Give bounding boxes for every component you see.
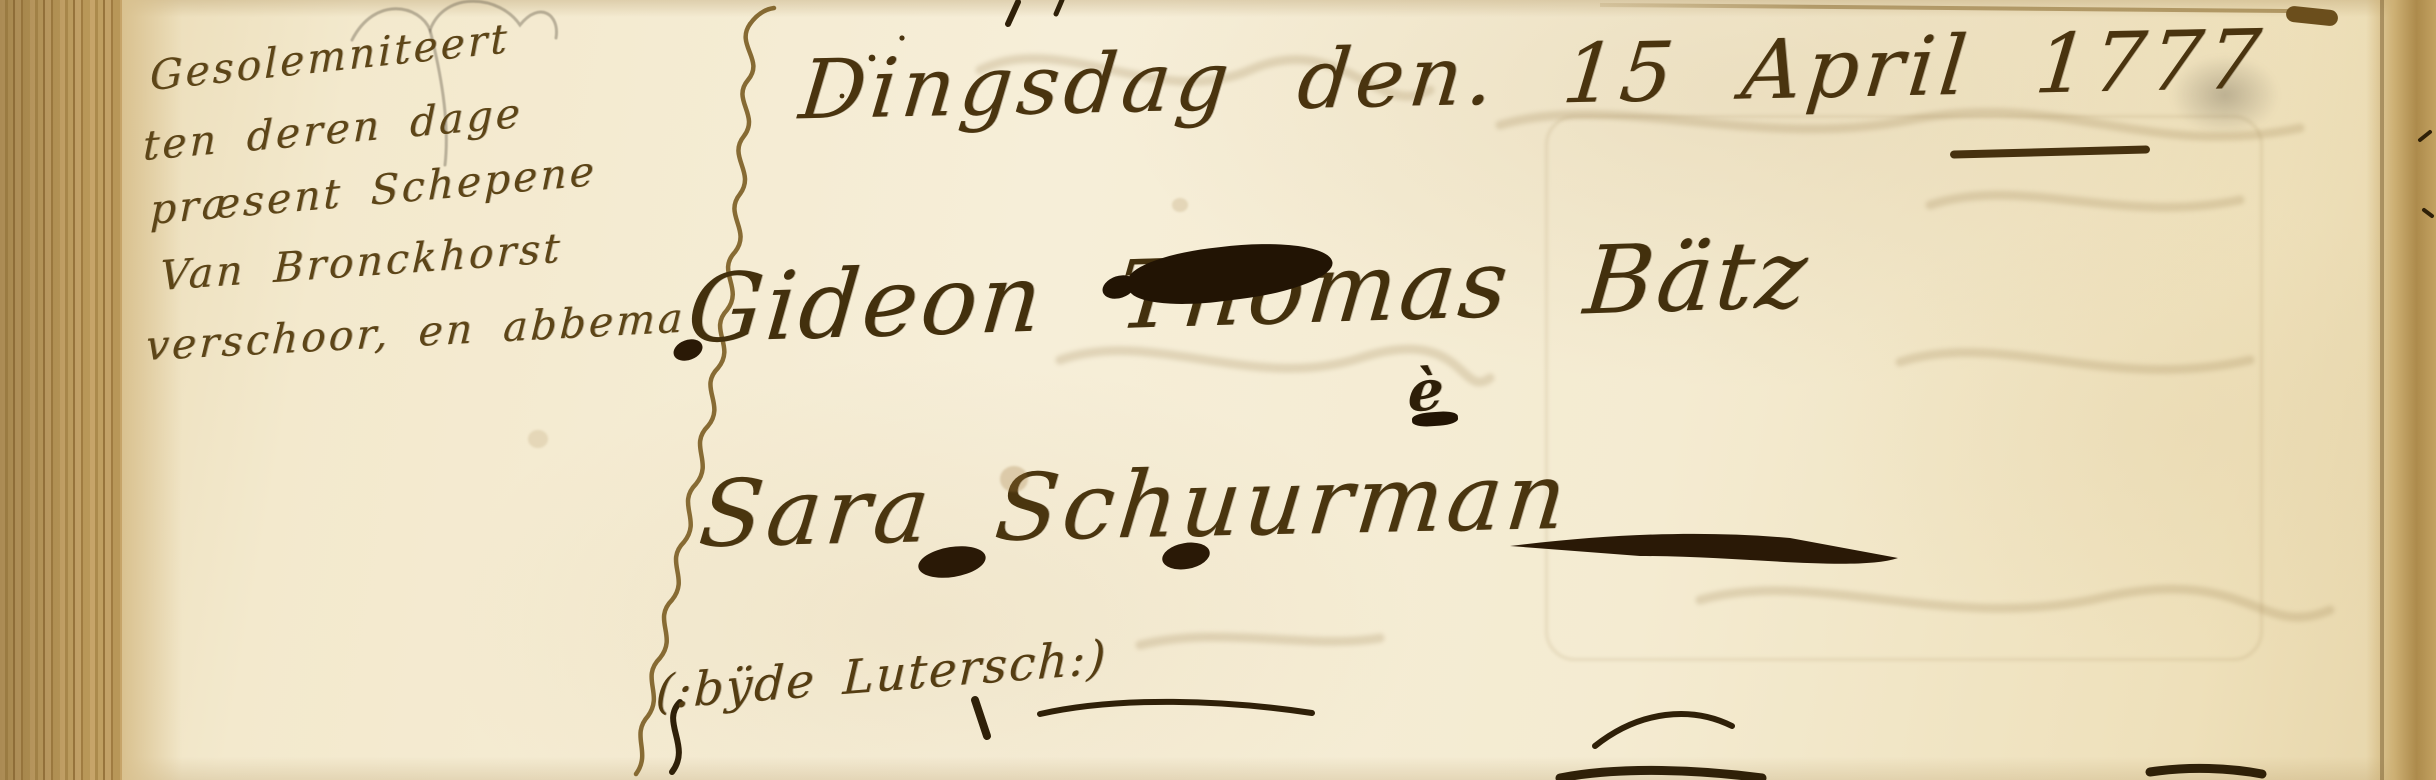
- foxing-spot: [528, 430, 548, 448]
- book-binding-edge: [0, 0, 122, 780]
- book-edge-fade: [122, 0, 182, 780]
- top-ruled-line-ink-blob: [2285, 5, 2338, 26]
- bleed-through-frame: [1545, 115, 2263, 661]
- date-year: 1777: [2031, 13, 2269, 113]
- bride-name: Sara Schuurman: [695, 443, 1575, 568]
- religion-note: (:bÿde Lutersch:): [654, 630, 1108, 721]
- foxing-spot: [1172, 198, 1188, 212]
- margin-note-line: Gesolemniteert: [150, 14, 510, 100]
- margin-note-line: Van Bronckhorst: [159, 224, 563, 300]
- page-edge-seam: [2380, 0, 2384, 780]
- page-edge-right: [2366, 0, 2436, 780]
- top-ruled-line: [1600, 3, 2300, 13]
- margin-note-line: verschoor, en abbema: [145, 294, 687, 370]
- foxing-spot: [1000, 466, 1028, 492]
- manuscript-page: Gesolemniteert ten deren dage præsent Sc…: [0, 0, 2436, 780]
